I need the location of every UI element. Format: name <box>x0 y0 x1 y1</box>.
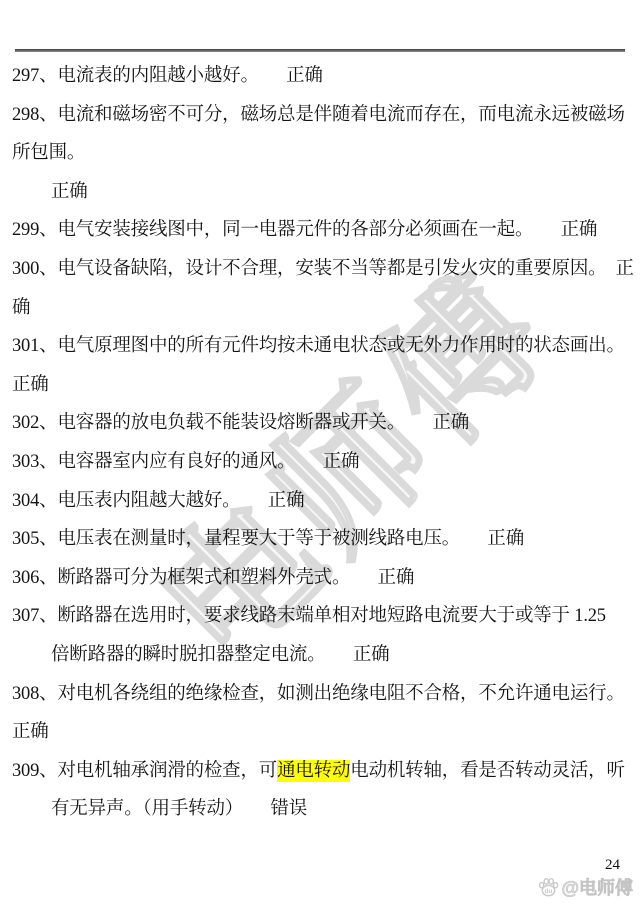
page-number: 24 <box>605 857 620 874</box>
text-segment: 有无异声。（用手转动） 错误 <box>51 799 307 819</box>
document-line: 309、对电机轴承润滑的检查，可通电转动电动机转轴，看是否转动灵活，听 <box>12 752 640 791</box>
document-line: 298、电流和磁场密不可分，磁场总是伴随着电流而存在，而电流永远被磁场 <box>12 96 640 135</box>
document-line: 305、电压表在测量时，量程要大于等于被测线路电压。 正确 <box>12 520 640 559</box>
text-segment: 确 <box>12 298 30 318</box>
document-line: 297、电流表的内阻越小越好。 正确 <box>12 57 640 96</box>
text-segment: 299、电气安装接线图中，同一电器元件的各部分必须画在一起。 正确 <box>12 220 597 240</box>
text-segment: 308、对电机各绕组的绝缘检查，如测出绝缘电阻不合格，不允许通电运行。 <box>12 684 625 704</box>
text-segment: 301、电气原理图中的所有元件均按未通电状态或无外力作用时的状态画出。 <box>12 336 625 356</box>
document-line: 303、电容器室内应有良好的通风。 正确 <box>12 443 640 482</box>
text-segment: 307、断路器在选用时，要求线路末端单相对地短路电流要大于或等于 1.25 <box>12 606 606 626</box>
document-line: 308、对电机各绕组的绝缘检查，如测出绝缘电阻不合格，不允许通电运行。 <box>12 675 640 714</box>
text-segment: 倍断路器的瞬时脱扣器整定电流。 正确 <box>51 645 389 665</box>
question-list: 297、电流表的内阻越小越好。 正确298、电流和磁场密不可分，磁场总是伴随着电… <box>12 57 640 829</box>
text-segment: 电动机转轴，看是否转动灵活，听 <box>350 761 625 781</box>
text-segment: 297、电流表的内阻越小越好。 正确 <box>12 66 323 86</box>
document-line: 正确 <box>12 173 640 212</box>
footer-watermark: du @电师傅 <box>538 874 633 900</box>
document-line: 302、电容器的放电负载不能装设熔断器或开关。 正确 <box>12 404 640 443</box>
document-line: 正确 <box>12 366 640 405</box>
text-segment: 302、电容器的放电负载不能装设熔断器或开关。 正确 <box>12 413 469 433</box>
document-line: 299、电气安装接线图中，同一电器元件的各部分必须画在一起。 正确 <box>12 211 640 250</box>
text-segment: 306、断路器可分为框架式和塑料外壳式。 正确 <box>12 568 414 588</box>
document-line: 确 <box>12 289 640 328</box>
text-segment: 正确 <box>12 375 49 395</box>
document-line: 所包围。 <box>12 134 640 173</box>
text-segment: 309、对电机轴承润滑的检查，可 <box>12 761 277 781</box>
document-line: 有无异声。（用手转动） 错误 <box>12 790 640 829</box>
document-line: 304、电压表内阻越大越好。 正确 <box>12 482 640 521</box>
svg-text:du: du <box>545 888 553 895</box>
document-line: 306、断路器可分为框架式和塑料外壳式。 正确 <box>12 559 640 598</box>
text-segment: 305、电压表在测量时，量程要大于等于被测线路电压。 正确 <box>12 529 524 549</box>
document-page: 电师傅 297、电流表的内阻越小越好。 正确298、电流和磁场密不可分，磁场总是… <box>0 0 640 909</box>
text-segment: 正确 <box>51 182 88 202</box>
document-line: 301、电气原理图中的所有元件均按未通电状态或无外力作用时的状态画出。 <box>12 327 640 366</box>
text-segment: 303、电容器室内应有良好的通风。 正确 <box>12 452 359 472</box>
text-segment: 正确 <box>12 722 49 742</box>
text-segment: 300、电气设备缺陷，设计不合理，安装不当等都是引发火灾的重要原因。 正 <box>12 259 634 279</box>
document-line: 倍断路器的瞬时脱扣器整定电流。 正确 <box>12 636 640 675</box>
document-line: 正确 <box>12 713 640 752</box>
text-segment: 298、电流和磁场密不可分，磁场总是伴随着电流而存在，而电流永远被磁场 <box>12 105 625 125</box>
text-segment: 所包围。 <box>12 143 85 163</box>
baidu-paw-icon: du <box>538 877 559 898</box>
footer-watermark-text: @电师傅 <box>561 874 633 900</box>
top-divider <box>15 49 625 52</box>
document-line: 307、断路器在选用时，要求线路末端单相对地短路电流要大于或等于 1.25 <box>12 597 640 636</box>
highlighted-text: 通电转动 <box>277 760 350 782</box>
text-segment: 304、电压表内阻越大越好。 正确 <box>12 491 304 511</box>
document-line: 300、电气设备缺陷，设计不合理，安装不当等都是引发火灾的重要原因。 正 <box>12 250 640 289</box>
